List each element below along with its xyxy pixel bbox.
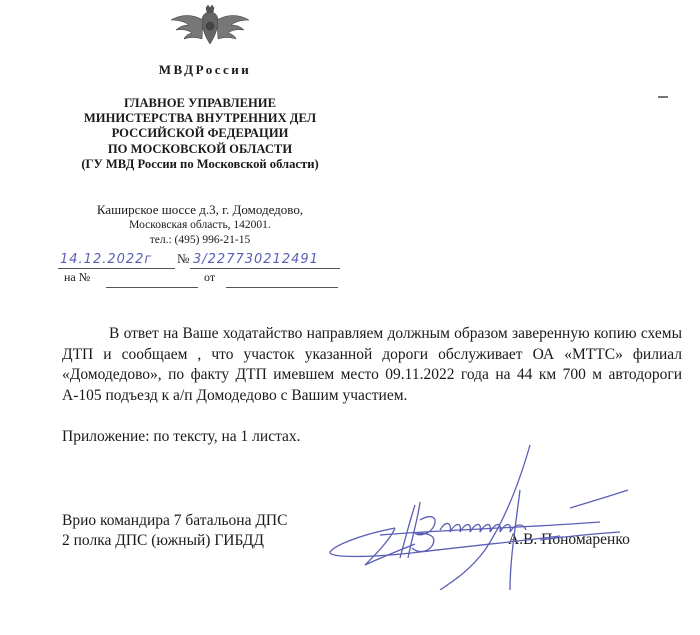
- number-label: №: [177, 251, 189, 267]
- org-line: РОССИЙСКОЙ ФЕДЕРАЦИИ: [50, 126, 350, 141]
- address-region: Московская область, 142001.: [50, 218, 350, 233]
- outgoing-number: 3/227730212491: [193, 252, 319, 267]
- org-full-name: ГЛАВНОЕ УПРАВЛЕНИЕ МИНИСТЕРСТВА ВНУТРЕНН…: [50, 96, 350, 172]
- org-short-name: МВДРоссии: [130, 62, 280, 78]
- signatory-title: Врио командира 7 батальона ДПС 2 полка Д…: [62, 511, 287, 550]
- signatory-title-line: Врио командира 7 батальона ДПС: [62, 511, 287, 531]
- ref-number-underline: [106, 287, 198, 288]
- eagle-emblem-icon: [170, 4, 250, 50]
- address-street: Каширское шоссе д.3, г. Домодедово,: [50, 202, 350, 218]
- date-underline: [58, 268, 175, 269]
- signatory-title-line: 2 полка ДПС (южный) ГИБДД: [62, 531, 287, 551]
- address-phone: тел.: (495) 996-21-15: [50, 233, 350, 248]
- outgoing-date: 14.12.2022г: [60, 252, 152, 267]
- ref-from-label: от: [204, 270, 215, 285]
- ref-number-label: на №: [64, 270, 90, 285]
- org-address: Каширское шоссе д.3, г. Домодедово, Моск…: [50, 202, 350, 248]
- handwritten-signature-icon: [320, 440, 680, 590]
- number-underline: [190, 268, 340, 269]
- org-line: ГЛАВНОЕ УПРАВЛЕНИЕ: [50, 96, 350, 111]
- appendix-note: Приложение: по тексту, на 1 листах.: [62, 428, 301, 446]
- org-line: ПО МОСКОВСКОЙ ОБЛАСТИ: [50, 142, 350, 157]
- org-line: (ГУ МВД России по Московской области): [50, 157, 350, 172]
- ref-from-underline: [226, 287, 338, 288]
- scan-mark: [658, 96, 668, 98]
- org-line: МИНИСТЕРСТВА ВНУТРЕННИХ ДЕЛ: [50, 111, 350, 126]
- letter-body: В ответ на Ваше ходатайство направляем д…: [62, 324, 682, 406]
- body-paragraph: В ответ на Ваше ходатайство направляем д…: [62, 324, 682, 406]
